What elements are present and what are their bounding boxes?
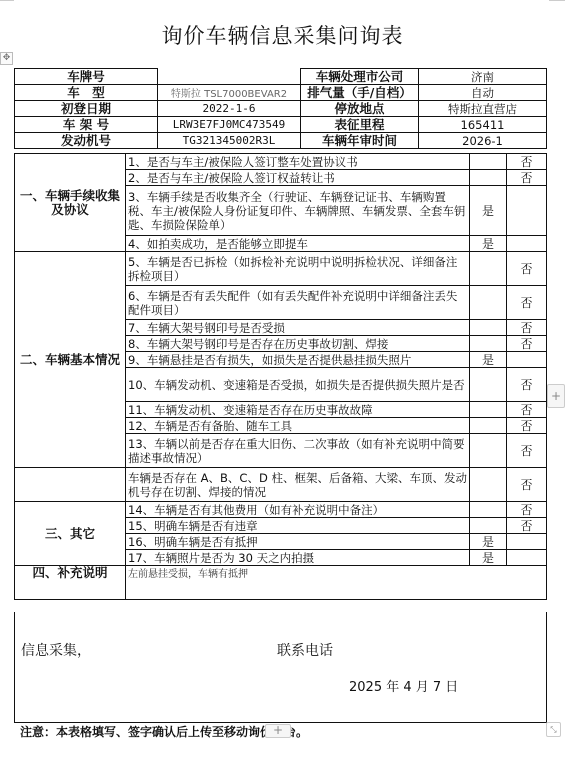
question-text: 15、明确车辆是否有违章 [126,518,470,534]
phone-label: 联系电话 [277,640,333,660]
inspection-date-label: 车辆年审时间 [301,133,419,149]
answer-no[interactable]: 否 [507,336,547,352]
answer-no[interactable]: 否 [507,252,547,286]
displacement-value[interactable]: 自动 [419,85,547,101]
answer-no[interactable]: 否 [507,170,547,186]
answer-no[interactable] [507,550,547,566]
answer-no[interactable]: 否 [507,518,547,534]
answer-yes[interactable] [470,154,507,170]
answer-no[interactable]: 否 [507,154,547,170]
checklist-row: 一、车辆手续收集及协议 1、是否与车主/被保险人签订整车处置协议书 否 [15,154,547,170]
reg-date-label: 初登日期 [15,101,158,117]
answer-yes[interactable] [470,402,507,418]
question-text: 1、是否与车主/被保险人签订整车处置协议书 [126,154,470,170]
mileage-label: 表征里程 [301,117,419,133]
question-text: 车辆是否存在 A、B、C、D 柱、框架、后备箱、大梁、车顶、发动机号存在切割、焊… [126,468,470,502]
add-row-plus-icon[interactable]: + [265,724,291,738]
answer-no[interactable]: 否 [507,468,547,502]
plate-label: 车牌号 [15,69,158,85]
answer-yes[interactable]: 是 [470,236,507,252]
parking-location-label: 停放地点 [301,101,419,117]
company-value[interactable]: 济南 [419,69,547,85]
answer-no[interactable] [507,352,547,368]
engine-no-label: 发动机号 [15,133,158,149]
answer-yes[interactable] [470,434,507,468]
answer-yes[interactable]: 是 [470,550,507,566]
section-label [15,468,126,502]
section-label: 三、其它 [15,502,126,566]
question-text: 13、车辆以前是否存在重大旧伤、二次事故（如有补充说明中简要描述事故情况） [126,434,470,468]
answer-no[interactable]: 否 [507,502,547,518]
signature-area: 信息采集， 联系电话 2025 年 4 月 7 日 [14,612,547,723]
question-text: 6、车辆是否有丢失配件（如有丢失配件补充说明中详细备注丢失配件项目） [126,286,470,320]
question-text: 4、如拍卖成功，是否能够立即提车 [126,236,470,252]
model-value[interactable]: 特斯拉 TSL7000BEVAR2 [158,85,301,101]
supplement-row: 四、补充说明 左前悬挂受损，车辆有抵押 [15,566,547,600]
vehicle-info-table: 车牌号 车辆处理市公司 济南 车 型 特斯拉 TSL7000BEVAR2 排气量… [14,68,547,149]
answer-yes[interactable] [470,502,507,518]
info-row: 发动机号 TG321345002R3L 车辆年审时间 2026-1 [15,133,547,149]
section-label: 一、车辆手续收集及协议 [15,154,126,252]
mileage-value[interactable]: 165411 [419,117,547,133]
sign-date: 2025 年 4 月 7 日 [349,676,458,695]
answer-yes[interactable] [470,418,507,434]
vin-label: 车 架 号 [15,117,158,133]
page-corner-mark [0,0,14,1]
collector-label: 信息采集， [21,640,91,660]
supplement-text[interactable]: 左前悬挂受损，车辆有抵押 [126,566,547,600]
answer-yes[interactable] [470,286,507,320]
answer-no[interactable] [507,534,547,550]
answer-no[interactable]: 否 [507,368,547,402]
question-text: 12、车辆是否有备胎、随车工具 [126,418,470,434]
answer-no[interactable] [507,236,547,252]
question-text: 17、车辆照片是否为 30 天之内拍摄 [126,550,470,566]
table-resize-handle-icon[interactable]: ⤡ [546,722,561,737]
answer-no[interactable]: 否 [507,286,547,320]
answer-yes[interactable] [470,518,507,534]
info-row: 初登日期 2022-1-6 停放地点 特斯拉直营店 [15,101,547,117]
inspection-date-value[interactable]: 2026-1 [419,133,547,149]
answer-yes[interactable] [470,320,507,336]
answer-no[interactable] [507,186,547,236]
question-text: 7、车辆大架号钢印号是否受损 [126,320,470,336]
page-corner-mark [549,0,565,1]
answer-yes[interactable] [470,468,507,502]
parking-location-value[interactable]: 特斯拉直营店 [419,101,547,117]
answer-yes[interactable]: 是 [470,352,507,368]
model-label: 车 型 [15,85,158,101]
section-label: 二、车辆基本情况 [15,252,126,468]
displacement-label: 排气量（手/自档） [301,85,419,101]
answer-yes[interactable]: 是 [470,534,507,550]
question-text: 16、明确车辆是否有抵押 [126,534,470,550]
answer-yes[interactable] [470,336,507,352]
answer-yes[interactable]: 是 [470,186,507,236]
vin-value[interactable]: LRW3E7FJ0MC473549 [158,117,301,133]
plate-value[interactable] [158,69,301,85]
answer-no[interactable]: 否 [507,402,547,418]
add-column-plus-icon[interactable]: + [547,384,565,408]
answer-yes[interactable] [470,368,507,402]
answer-yes[interactable] [470,170,507,186]
engine-no-value[interactable]: TG321345002R3L [158,133,301,149]
checklist-table: 一、车辆手续收集及协议 1、是否与车主/被保险人签订整车处置协议书 否 2、是否… [14,153,547,600]
question-text: 11、车辆发动机、变速箱是否存在历史事故故障 [126,402,470,418]
question-text: 14、车辆是否有其他费用（如有补充说明中备注） [126,502,470,518]
table-move-handle-icon[interactable]: ✥ [0,52,13,65]
question-text: 5、车辆是否已拆检（如拆检补充说明中说明拆检状况、详细备注拆检项目） [126,252,470,286]
question-text: 9、车辆悬挂是否有损失，如损失是否提供悬挂损失照片 [126,352,470,368]
answer-no[interactable]: 否 [507,418,547,434]
question-text: 8、车辆大架号钢印号是否存在历史事故切割、焊接 [126,336,470,352]
supplement-label: 四、补充说明 [15,566,126,600]
question-text: 10、车辆发动机、变速箱是否受损，如损失是否提供损失照片是否 [126,368,470,402]
answer-yes[interactable] [470,252,507,286]
checklist-row: 车辆是否存在 A、B、C、D 柱、框架、后备箱、大梁、车顶、发动机号存在切割、焊… [15,468,547,502]
info-row: 车 型 特斯拉 TSL7000BEVAR2 排气量（手/自档） 自动 [15,85,547,101]
answer-no[interactable]: 否 [507,434,547,468]
reg-date-value[interactable]: 2022-1-6 [158,101,301,117]
document-title: 询价车辆信息采集问询表 [0,20,565,50]
answer-no[interactable]: 否 [507,320,547,336]
checklist-row: 二、车辆基本情况 5、车辆是否已拆检（如拆检补充说明中说明拆检状况、详细备注拆检… [15,252,547,286]
info-row: 车 架 号 LRW3E7FJ0MC473549 表征里程 165411 [15,117,547,133]
question-text: 2、是否与车主/被保险人签订权益转让书 [126,170,470,186]
checklist-row: 三、其它 14、车辆是否有其他费用（如有补充说明中备注） 否 [15,502,547,518]
info-row: 车牌号 车辆处理市公司 济南 [15,69,547,85]
company-label: 车辆处理市公司 [301,69,419,85]
question-text: 3、车辆手续是否收集齐全（行驶证、车辆登记证书、车辆购置税、车主/被保险人身份证… [126,186,470,236]
